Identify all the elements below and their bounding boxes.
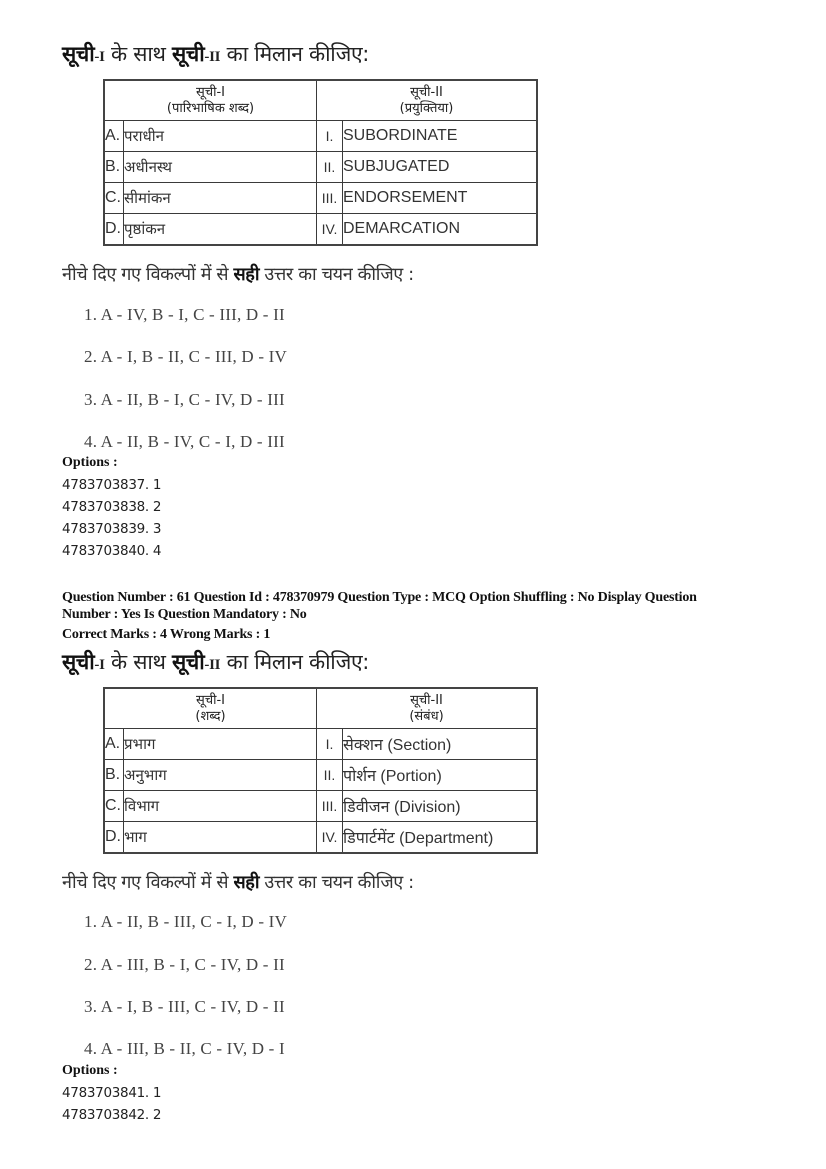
question-marks: Correct Marks : 4 Wrong Marks : 1 bbox=[62, 627, 270, 643]
table-row: A. पराधीन I. SUBORDINATE bbox=[104, 121, 537, 152]
option-id-4: 4783703840. 4 bbox=[62, 543, 161, 559]
row-number: II. bbox=[317, 760, 343, 791]
question-title: सूची-I के साथ सूची-II का मिलान कीजिए: bbox=[62, 648, 369, 676]
table-header-row: सूची-I (शब्द) सूची-II (संबंध) bbox=[104, 688, 537, 729]
instruction-text: नीचे दिए गए विकल्पों में से bbox=[62, 264, 234, 285]
header-list1-title: सूची-I bbox=[105, 693, 316, 709]
row-label: D. bbox=[104, 822, 124, 854]
answer-choice-2: 2. A - III, B - I, C - IV, D - II bbox=[84, 955, 285, 975]
row-value: सेक्शन (Section) bbox=[343, 729, 538, 760]
row-item: पराधीन bbox=[124, 121, 317, 152]
row-item: भाग bbox=[124, 822, 317, 854]
header-list2-subtitle: (प्रयुक्तिया) bbox=[317, 101, 536, 117]
row-item: अनुभाग bbox=[124, 760, 317, 791]
row-number: I. bbox=[317, 121, 343, 152]
header-list1: सूची-I (पारिभाषिक शब्द) bbox=[104, 80, 317, 121]
instruction: नीचे दिए गए विकल्पों में से सही उत्तर का… bbox=[62, 870, 414, 894]
instruction: नीचे दिए गए विकल्पों में से सही उत्तर का… bbox=[62, 262, 414, 286]
row-number: III. bbox=[317, 183, 343, 214]
title-text: के साथ bbox=[105, 42, 172, 66]
row-item: पृष्ठांकन bbox=[124, 214, 317, 246]
row-item: सीमांकन bbox=[124, 183, 317, 214]
row-value: पोर्शन (Portion) bbox=[343, 760, 538, 791]
row-value: ENDORSEMENT bbox=[343, 183, 538, 214]
table-row: C. सीमांकन III. ENDORSEMENT bbox=[104, 183, 537, 214]
title-list2-roman: -II bbox=[204, 49, 220, 65]
header-list2-subtitle: (संबंध) bbox=[317, 709, 536, 725]
match-table: सूची-I (शब्द) सूची-II (संबंध) A. प्रभाग … bbox=[103, 687, 538, 854]
row-value: DEMARCATION bbox=[343, 214, 538, 246]
instruction-bold: सही bbox=[234, 872, 260, 893]
row-number: I. bbox=[317, 729, 343, 760]
title-list2-roman: -II bbox=[204, 657, 220, 673]
row-value: डिपार्टमेंट (Department) bbox=[343, 822, 538, 854]
row-label: A. bbox=[104, 729, 124, 760]
title-text: के साथ bbox=[105, 650, 172, 674]
option-id-2: 4783703842. 2 bbox=[62, 1107, 161, 1123]
title-list2-bold: सूची bbox=[172, 42, 204, 66]
match-table: सूची-I (पारिभाषिक शब्द) सूची-II (प्रयुक्… bbox=[103, 79, 538, 246]
instruction-text-end: उत्तर का चयन कीजिए : bbox=[259, 872, 414, 893]
row-value: डिवीजन (Division) bbox=[343, 791, 538, 822]
answer-choice-3: 3. A - I, B - III, C - IV, D - II bbox=[84, 997, 285, 1017]
title-list1-bold: सूची bbox=[62, 42, 94, 66]
answer-choice-1: 1. A - IV, B - I, C - III, D - II bbox=[84, 305, 285, 325]
table-row: D. भाग IV. डिपार्टमेंट (Department) bbox=[104, 822, 537, 854]
header-list2: सूची-II (प्रयुक्तिया) bbox=[317, 80, 538, 121]
title-list2-bold: सूची bbox=[172, 650, 204, 674]
row-label: B. bbox=[104, 152, 124, 183]
question-title: सूची-I के साथ सूची-II का मिलान कीजिए: bbox=[62, 40, 369, 68]
table-row: A. प्रभाग I. सेक्शन (Section) bbox=[104, 729, 537, 760]
table-row: B. अनुभाग II. पोर्शन (Portion) bbox=[104, 760, 537, 791]
row-label: D. bbox=[104, 214, 124, 246]
answer-choice-3: 3. A - II, B - I, C - IV, D - III bbox=[84, 390, 285, 410]
header-list1-title: सूची-I bbox=[105, 85, 316, 101]
row-item: विभाग bbox=[124, 791, 317, 822]
header-list2-title: सूची-II bbox=[317, 693, 536, 709]
options-label: Options : bbox=[62, 455, 118, 471]
table-row: B. अधीनस्थ II. SUBJUGATED bbox=[104, 152, 537, 183]
title-list1-roman: -I bbox=[94, 657, 104, 673]
table-header-row: सूची-I (पारिभाषिक शब्द) सूची-II (प्रयुक्… bbox=[104, 80, 537, 121]
option-id-1: 4783703841. 1 bbox=[62, 1085, 161, 1101]
row-number: IV. bbox=[317, 822, 343, 854]
row-item: प्रभाग bbox=[124, 729, 317, 760]
answer-choice-1: 1. A - II, B - III, C - I, D - IV bbox=[84, 912, 287, 932]
row-value: SUBORDINATE bbox=[343, 121, 538, 152]
row-label: A. bbox=[104, 121, 124, 152]
row-number: II. bbox=[317, 152, 343, 183]
row-label: C. bbox=[104, 791, 124, 822]
answer-choice-4: 4. A - III, B - II, C - IV, D - I bbox=[84, 1039, 285, 1059]
header-list2-title: सूची-II bbox=[317, 85, 536, 101]
table-row: C. विभाग III. डिवीजन (Division) bbox=[104, 791, 537, 822]
row-number: III. bbox=[317, 791, 343, 822]
row-label: B. bbox=[104, 760, 124, 791]
question-meta-line1: Question Number : 61 Question Id : 47837… bbox=[62, 590, 697, 606]
question-meta-line2: Number : Yes Is Question Mandatory : No bbox=[62, 607, 307, 623]
option-id-3: 4783703839. 3 bbox=[62, 521, 161, 537]
option-id-2: 4783703838. 2 bbox=[62, 499, 161, 515]
row-label: C. bbox=[104, 183, 124, 214]
title-list1-bold: सूची bbox=[62, 650, 94, 674]
row-number: IV. bbox=[317, 214, 343, 246]
title-list1-roman: -I bbox=[94, 49, 104, 65]
answer-choice-2: 2. A - I, B - II, C - III, D - IV bbox=[84, 347, 287, 367]
header-list2: सूची-II (संबंध) bbox=[317, 688, 538, 729]
title-text-end: का मिलान कीजिए: bbox=[220, 42, 369, 66]
table-row: D. पृष्ठांकन IV. DEMARCATION bbox=[104, 214, 537, 246]
row-value: SUBJUGATED bbox=[343, 152, 538, 183]
title-text-end: का मिलान कीजिए: bbox=[220, 650, 369, 674]
header-list1: सूची-I (शब्द) bbox=[104, 688, 317, 729]
option-id-1: 4783703837. 1 bbox=[62, 477, 161, 493]
instruction-text-end: उत्तर का चयन कीजिए : bbox=[259, 264, 414, 285]
instruction-text: नीचे दिए गए विकल्पों में से bbox=[62, 872, 234, 893]
header-list1-subtitle: (पारिभाषिक शब्द) bbox=[105, 101, 316, 117]
header-list1-subtitle: (शब्द) bbox=[105, 709, 316, 725]
row-item: अधीनस्थ bbox=[124, 152, 317, 183]
answer-choice-4: 4. A - II, B - IV, C - I, D - III bbox=[84, 432, 285, 452]
instruction-bold: सही bbox=[234, 264, 260, 285]
options-label: Options : bbox=[62, 1063, 118, 1079]
